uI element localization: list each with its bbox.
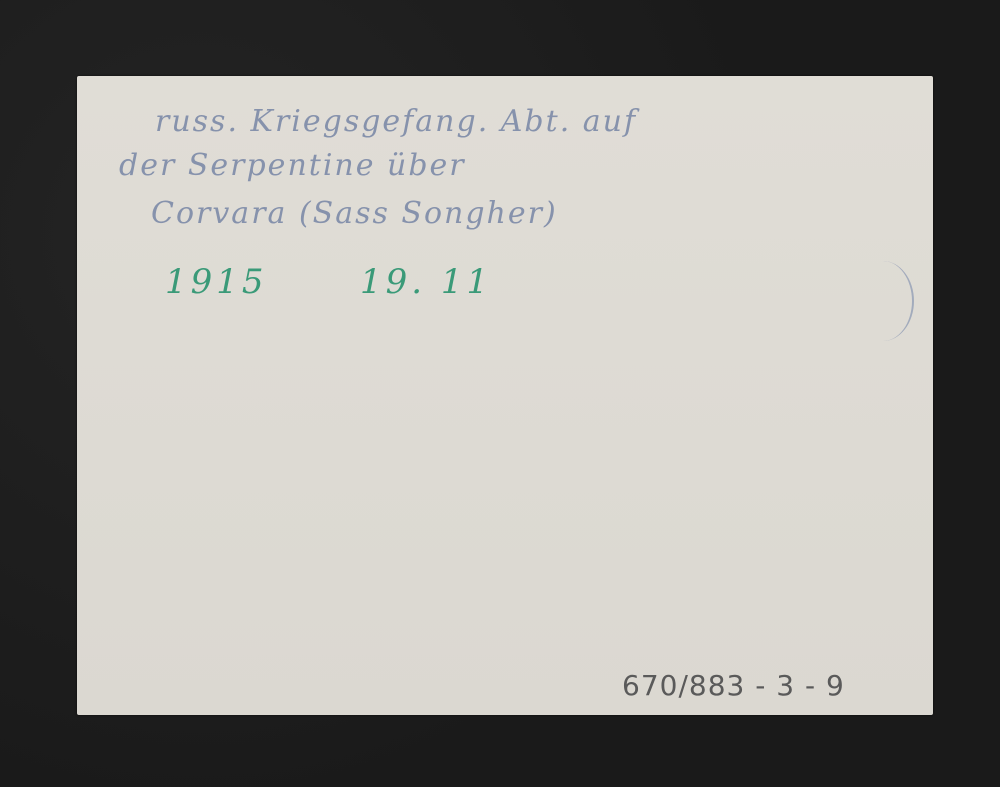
inscription-line-1: russ. Kriegsgefang. Abt. auf [155, 104, 637, 139]
closing-parenthesis-stroke [852, 261, 914, 341]
inscription-line-2: der Serpentine über [119, 148, 466, 183]
inscription-line-3: Corvara (Sass Songher) [151, 196, 558, 231]
date-year: 1915 [165, 262, 268, 302]
photo-card: russ. Kriegsgefang. Abt. auf der Serpent… [77, 76, 933, 715]
reference-number: 670/883 - 3 - 9 [622, 669, 845, 702]
date-day-month: 19. 11 [360, 262, 492, 302]
